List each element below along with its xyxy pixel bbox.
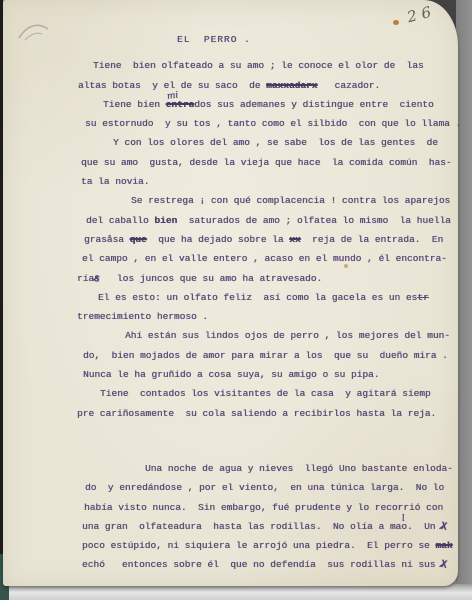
typed-line: Tiene bien mientrados sus ademanes y dis… [77, 95, 448, 114]
struck-text: mak [435, 540, 452, 551]
typed-text: Una noche de agua y nieves llegó Uno bas… [145, 463, 453, 474]
typed-line: tremecimiento hermoso . [77, 307, 448, 326]
typed-line: do, bien mojados de amor para mirar a lo… [77, 346, 448, 365]
typed-line: rías los juncos que su amo ha atravesado… [77, 269, 448, 288]
typed-text: una gran olfateadura hasta las rodillas.… [82, 521, 401, 532]
typed-text: grasåsa [84, 234, 130, 245]
typed-line: había visto nunca. Sin embargo, fué prud… [77, 498, 448, 517]
typed-line: el campo , en el valle entero , acaso en… [77, 249, 448, 268]
typed-text: su estornudo y su tos , tanto como el si… [85, 118, 461, 129]
typed-line: que su amo gusta, desde la vieja que hac… [77, 153, 448, 172]
typed-line: del caballo bien saturados de amo ; olfa… [77, 211, 448, 230]
typed-text: do y enredándose , por el viento, en una… [85, 482, 444, 493]
pen-cross-out: X [439, 515, 449, 539]
typed-line: altas botas y el de su saco de maxxadarx… [77, 76, 448, 95]
typed-line: Nunca le ha gruñido a cosa suya, su amig… [77, 365, 448, 384]
typed-text: reja de la entrada. En [301, 234, 444, 245]
typed-text: dos sus ademanes y distingue entre cient… [194, 99, 433, 110]
typed-text: altas botas y el de su saco de [78, 80, 266, 91]
struck-text: maxxadarx [266, 80, 317, 91]
document-title: EL PERRO . [77, 30, 448, 49]
typed-text: do, bien mojados de amor para mirar a lo… [83, 350, 448, 361]
typed-text: tremecimiento hermoso . [77, 311, 208, 322]
typed-line: echó entonces sobre él que no defendía s… [77, 555, 448, 574]
pen-cross-out: X [439, 553, 449, 577]
typed-text: que ha dejado sobre la [147, 234, 290, 245]
document-body: Tiene bien olfateado a su amo ; le conoc… [77, 56, 448, 574]
typed-line: su estornudo y su tos , tanto como el si… [77, 114, 448, 133]
typed-text-block: EL PERRO . Tiene bien olfateado a su amo… [77, 30, 448, 575]
typed-line: El es esto: un olfato feliz así como la … [77, 288, 448, 307]
typed-text: había visto nunca. Sin embargo, fué prud… [84, 502, 443, 513]
typed-text: Tiene bien [103, 99, 166, 110]
typed-text: que su amo gusta, desde la vieja que hac… [81, 157, 452, 168]
typed-line: Se restrega ¡ con qué complacencia ! con… [77, 191, 448, 210]
typed-text: echó entonces sobre él que no defendía s… [82, 559, 441, 570]
typed-line: ta la novia. [77, 172, 448, 191]
manuscript-page: 26 EL PERRO . Tiene bien olfateado a su … [3, 0, 458, 586]
desk-surface [0, 584, 472, 600]
handwritten-page-number: 26 [405, 2, 438, 27]
desk-background-right [456, 0, 472, 600]
typed-text: cazador. [317, 80, 380, 91]
typed-text: los juncos que su amo ha atravesado. [100, 273, 322, 284]
typed-text: ta la novia. [81, 176, 149, 187]
typed-line: Tiene contados los visitantes de la casa… [77, 384, 448, 403]
typed-text: El es esto: un olfato feliz así como la … [98, 292, 417, 303]
typed-text: Se restrega ¡ con qué complacencia ! con… [131, 195, 450, 206]
typed-text: Tiene contados los visitantes de la casa… [100, 388, 431, 399]
typed-line: Una noche de agua y nieves llegó Uno bas… [77, 459, 448, 478]
typed-text: Y con los olores del amo , se sabe los d… [113, 137, 438, 148]
typed-line: Tiene bien olfateado a su amo ; le conoc… [77, 56, 448, 75]
typed-line: poco estúpido, ni siquiera le arrojó una… [77, 536, 448, 555]
struck-text: xx [289, 234, 300, 245]
typed-text: bien [154, 215, 177, 226]
typed-text: el campo , en el valle entero , acaso en… [82, 253, 447, 264]
typed-text: saturados de amo ; olfatea lo mismo la h… [177, 215, 451, 226]
typed-line: do y enredándose , por el viento, en una… [77, 478, 448, 497]
typed-line: Ahí están sus lindos ojos de perro , los… [77, 326, 448, 345]
typed-line: pre cariñosamente su cola saliendo a rec… [77, 404, 448, 423]
typed-text: o. Un [401, 521, 441, 532]
typed-text: ría [77, 273, 94, 284]
typed-line: una gran olfateadura hasta las rodillas.… [77, 517, 448, 536]
struck-text: que [130, 234, 147, 245]
typed-text: del caballo [86, 215, 154, 226]
typed-text: Tiene bien olfateado a su amo ; le conoc… [93, 60, 424, 71]
typed-text: pre cariñosamente su cola saliendo a rec… [77, 408, 436, 419]
pencil-scribble [17, 16, 59, 44]
typed-text: poco estúpido, ni siquiera le arrojó una… [82, 540, 435, 551]
struck-text: tr [417, 292, 428, 303]
paper-stain [393, 20, 399, 25]
typed-line: Y con los olores del amo , se sabe los d… [77, 133, 448, 152]
typed-line: grasåsa que que ha dejado sobre la xx re… [77, 230, 448, 249]
typed-text: Ahí están sus lindos ojos de perro , los… [125, 330, 450, 341]
typed-text: Nunca le ha gruñido a cosa suya, su amig… [83, 369, 379, 380]
